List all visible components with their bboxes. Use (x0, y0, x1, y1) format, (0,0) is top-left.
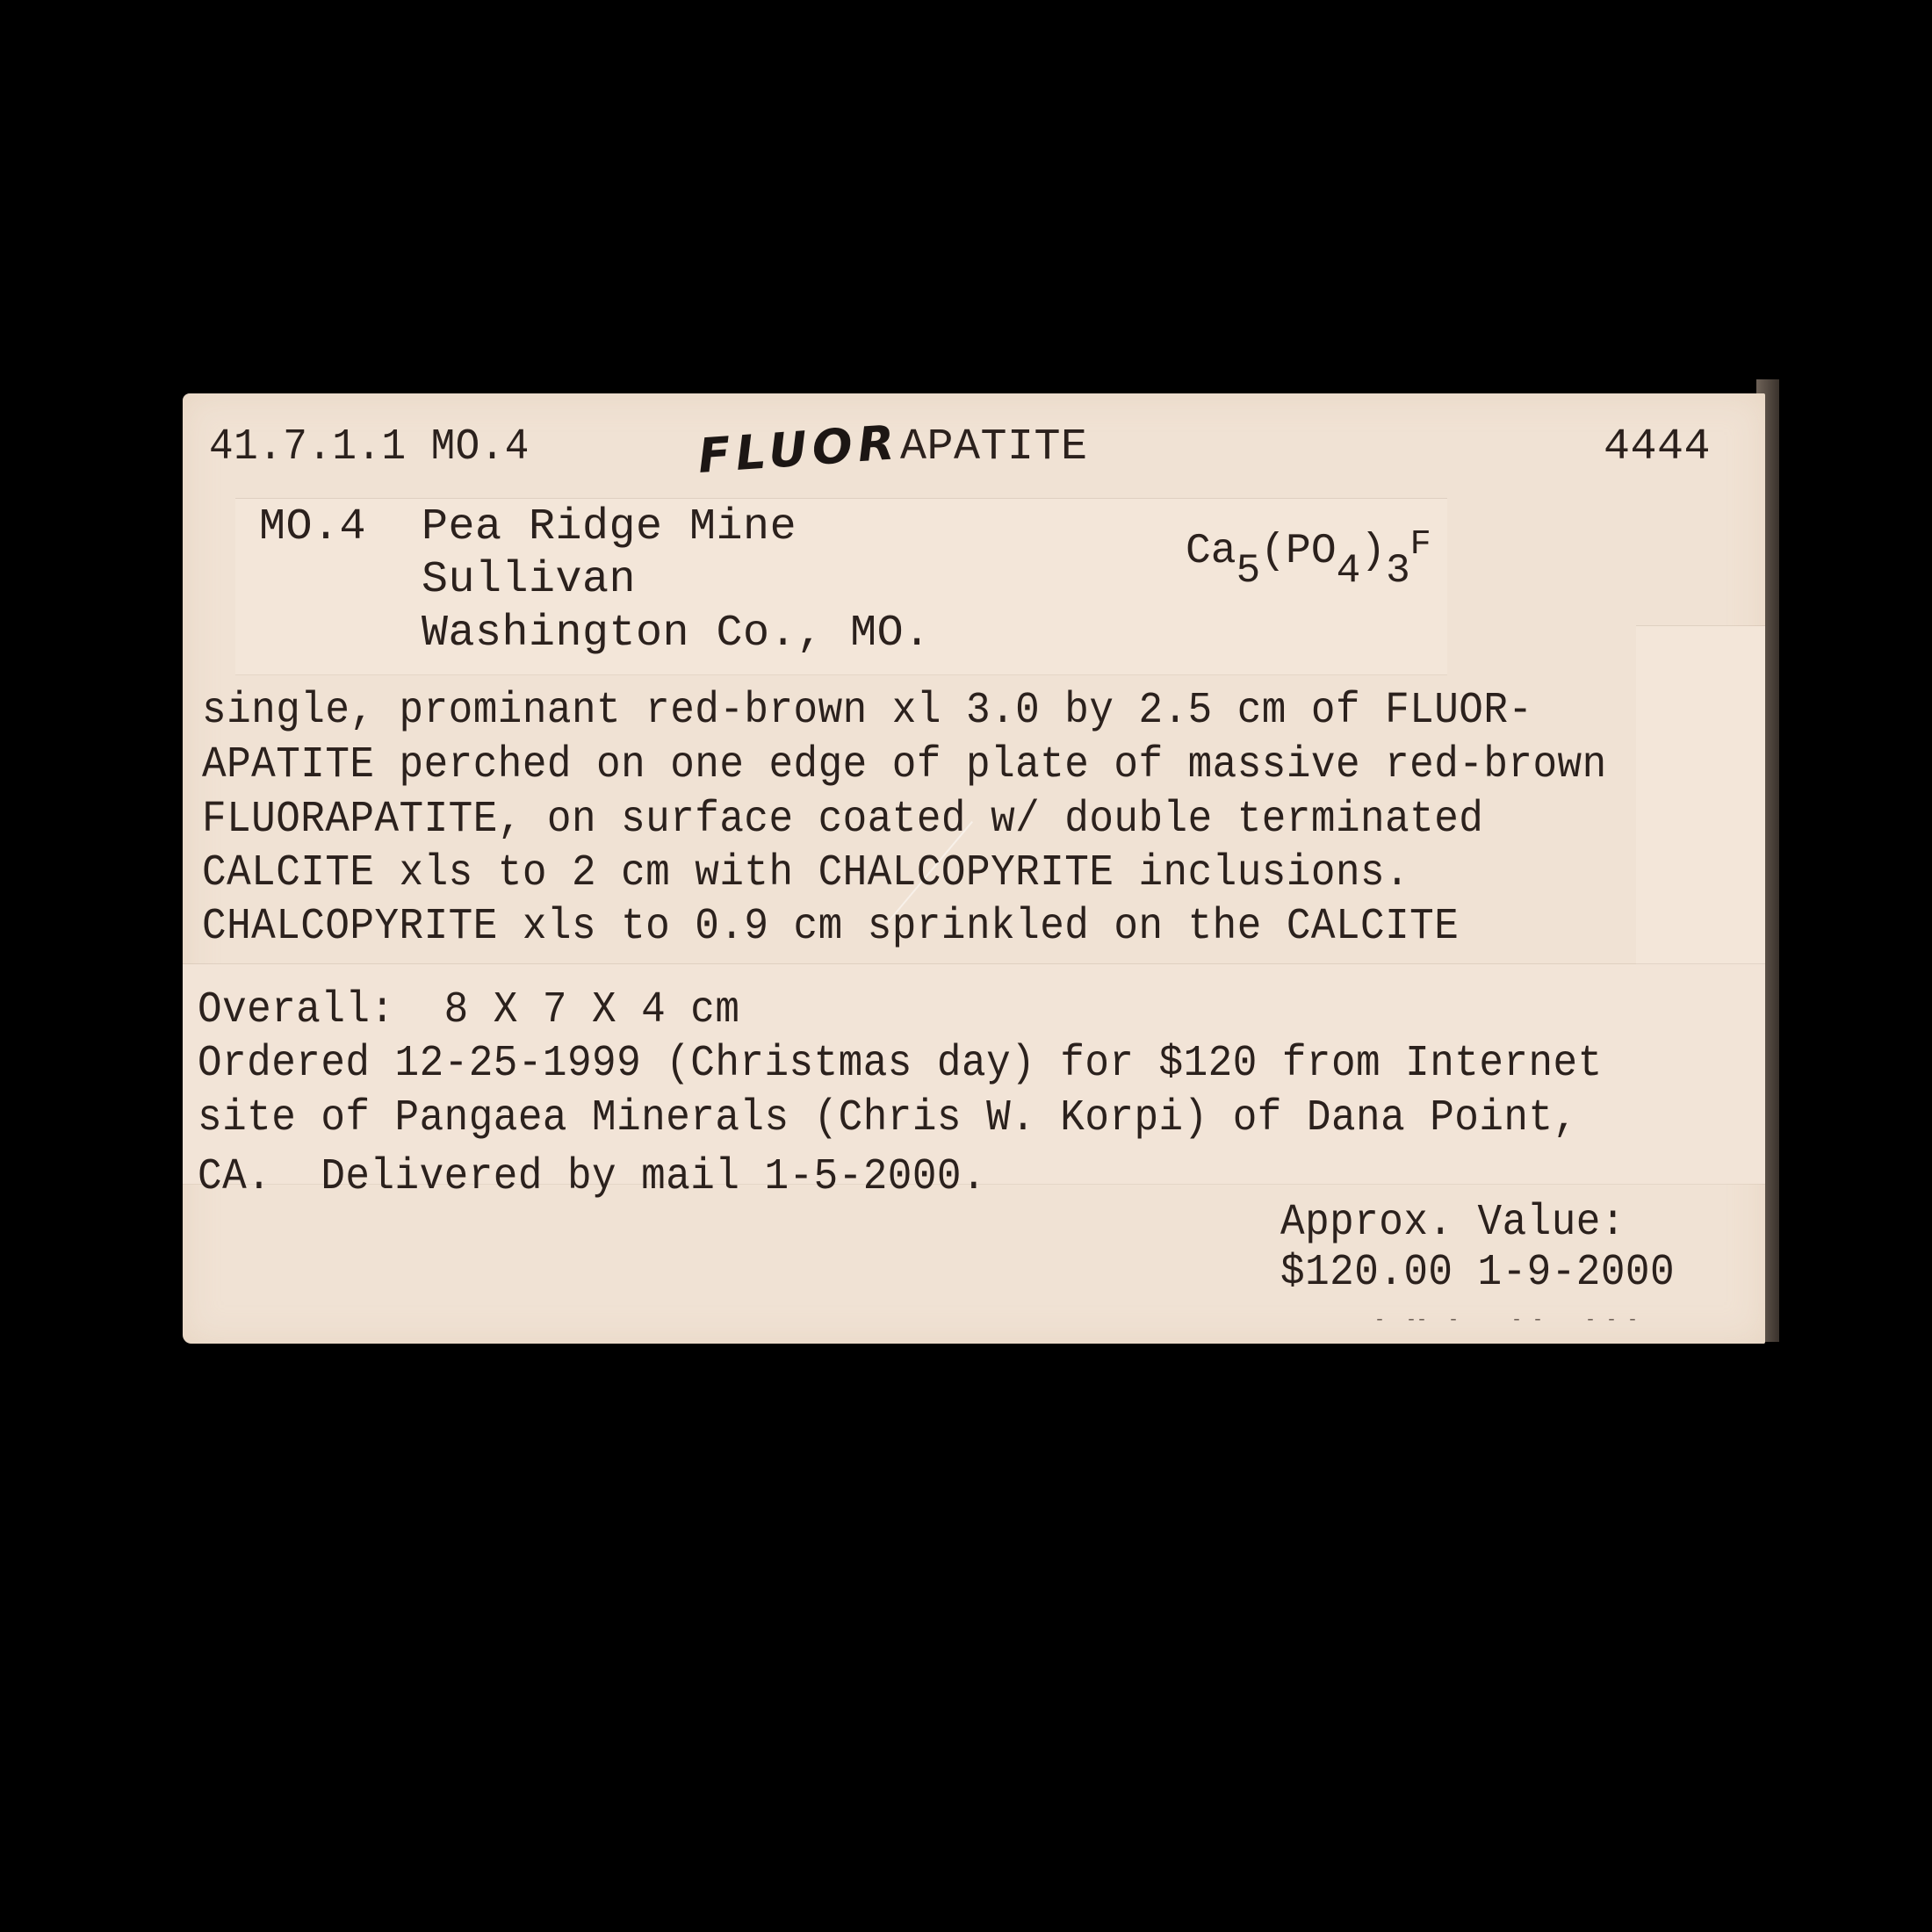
description-line: single, prominant red-brown xl 3.0 by 2.… (202, 689, 1532, 733)
approx-value-amount-date: $120.00 1-9-2000 (1280, 1251, 1675, 1295)
description-line: APATITE perched on one edge of plate of … (202, 744, 1607, 788)
description-line: FLUORAPATITE, on surface coated w/ doubl… (202, 798, 1483, 842)
description-line: CALCITE xls to 2 cm with CHALCOPYRITE in… (202, 852, 1409, 896)
acquisition-line: CA. Delivered by mail 1-5-2000. (198, 1156, 986, 1200)
overall-dimensions: Overall: 8 X 7 X 4 cm (198, 989, 739, 1033)
locality-code: MO.4 (259, 506, 366, 550)
acquisition-line: site of Pangaea Minerals (Chris W. Korpi… (198, 1097, 1578, 1141)
locality-mine: Pea Ridge Mine (422, 506, 797, 550)
species-name-typed: APATITE (900, 426, 1088, 470)
catalog-number: 4444 (1604, 426, 1711, 470)
description-line: CHALCOPYRITE xls to 0.9 cm sprinkled on … (202, 905, 1459, 949)
approx-value-label: Approx. Value: (1280, 1201, 1626, 1245)
pasted-strip-right (1636, 626, 1765, 986)
locality-town: Sullivan (422, 559, 636, 602)
acquisition-line: Ordered 12-25-1999 (Christmas day) for $… (198, 1042, 1603, 1086)
locality-county-state: Washington Co., MO. (422, 612, 931, 656)
classification-code: 41.7.1.1 MO.4 (209, 426, 530, 470)
faint-marks: - -- - - - - - - (1374, 1310, 1638, 1330)
chemical-formula: Ca5(PO4)3F (1186, 525, 1431, 594)
